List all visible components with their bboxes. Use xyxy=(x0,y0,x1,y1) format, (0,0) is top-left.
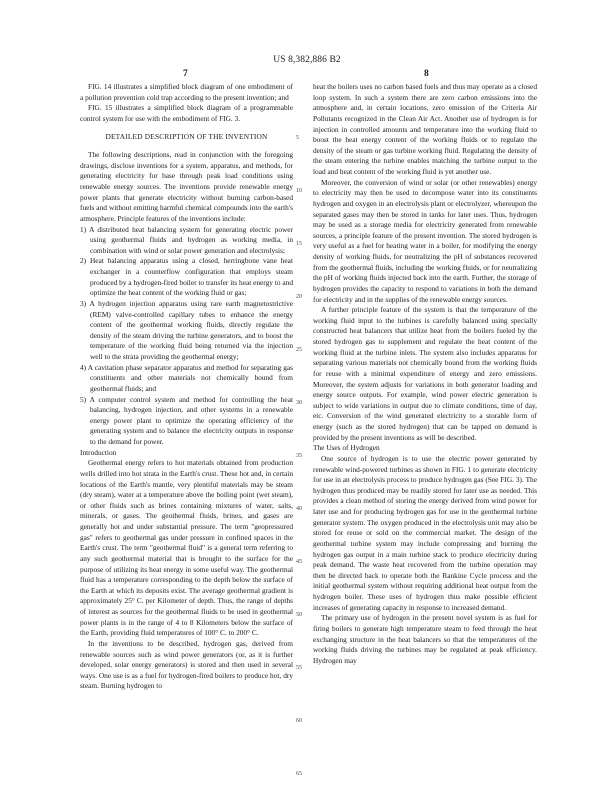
line-number: 15 xyxy=(296,241,302,247)
column-number-right: 8 xyxy=(424,69,429,79)
feature-item: 3) A hydrogen injection apparatus using … xyxy=(80,299,293,363)
hydrogen-paragraph: In the inventions to be described, hydro… xyxy=(80,639,293,692)
line-number: 55 xyxy=(296,665,302,671)
further-feature-paragraph: A further principle feature of the syste… xyxy=(313,305,537,443)
line-number: 10 xyxy=(296,188,302,194)
line-number: 30 xyxy=(296,400,302,406)
conversion-paragraph: Moreover, the conversion of wind or sola… xyxy=(313,178,537,306)
subheading-uses-of-hydrogen: The Uses of Hydrogen xyxy=(313,443,537,454)
feature-item: 2) Heat balancing apparatus using a clos… xyxy=(80,256,293,299)
line-number: 40 xyxy=(296,506,302,512)
left-column: FIG. 14 illustrates a simplified block d… xyxy=(80,82,293,692)
geothermal-paragraph: Geothermal energy refers to hot material… xyxy=(80,458,293,639)
line-number: 35 xyxy=(296,453,302,459)
intro-paragraph: The following descriptions, read in conj… xyxy=(80,150,293,224)
section-heading: DETAILED DESCRIPTION OF THE INVENTION xyxy=(80,132,293,143)
line-number: 5 xyxy=(296,135,299,141)
fig15-description: FIG. 15 illustrates a simplified block d… xyxy=(80,103,293,124)
feature-item: 5) A computer control system and method … xyxy=(80,395,293,448)
fig14-description: FIG. 14 illustrates a simplified block d… xyxy=(80,82,293,103)
line-number: 25 xyxy=(296,347,302,353)
feature-item: 4) A cavitation phase separator apparatu… xyxy=(80,363,293,395)
patent-number: US 8,382,886 B2 xyxy=(0,55,614,65)
hydrogen-source-paragraph: One source of hydrogen is to use the ele… xyxy=(313,454,537,613)
primary-use-paragraph: The primary use of hydrogen in the prese… xyxy=(313,613,537,666)
line-number: 60 xyxy=(296,718,302,724)
line-number: 65 xyxy=(296,771,302,777)
line-number: 50 xyxy=(296,612,302,618)
subheading-introduction: Introduction xyxy=(80,448,293,459)
line-number: 20 xyxy=(296,294,302,300)
column-number-left: 7 xyxy=(183,69,188,79)
line-number: 45 xyxy=(296,559,302,565)
right-column: heat the boilers uses no carbon based fu… xyxy=(313,82,537,666)
continuation-paragraph: heat the boilers uses no carbon based fu… xyxy=(313,82,537,178)
feature-item: 1) A distributed heat balancing system f… xyxy=(80,225,293,257)
